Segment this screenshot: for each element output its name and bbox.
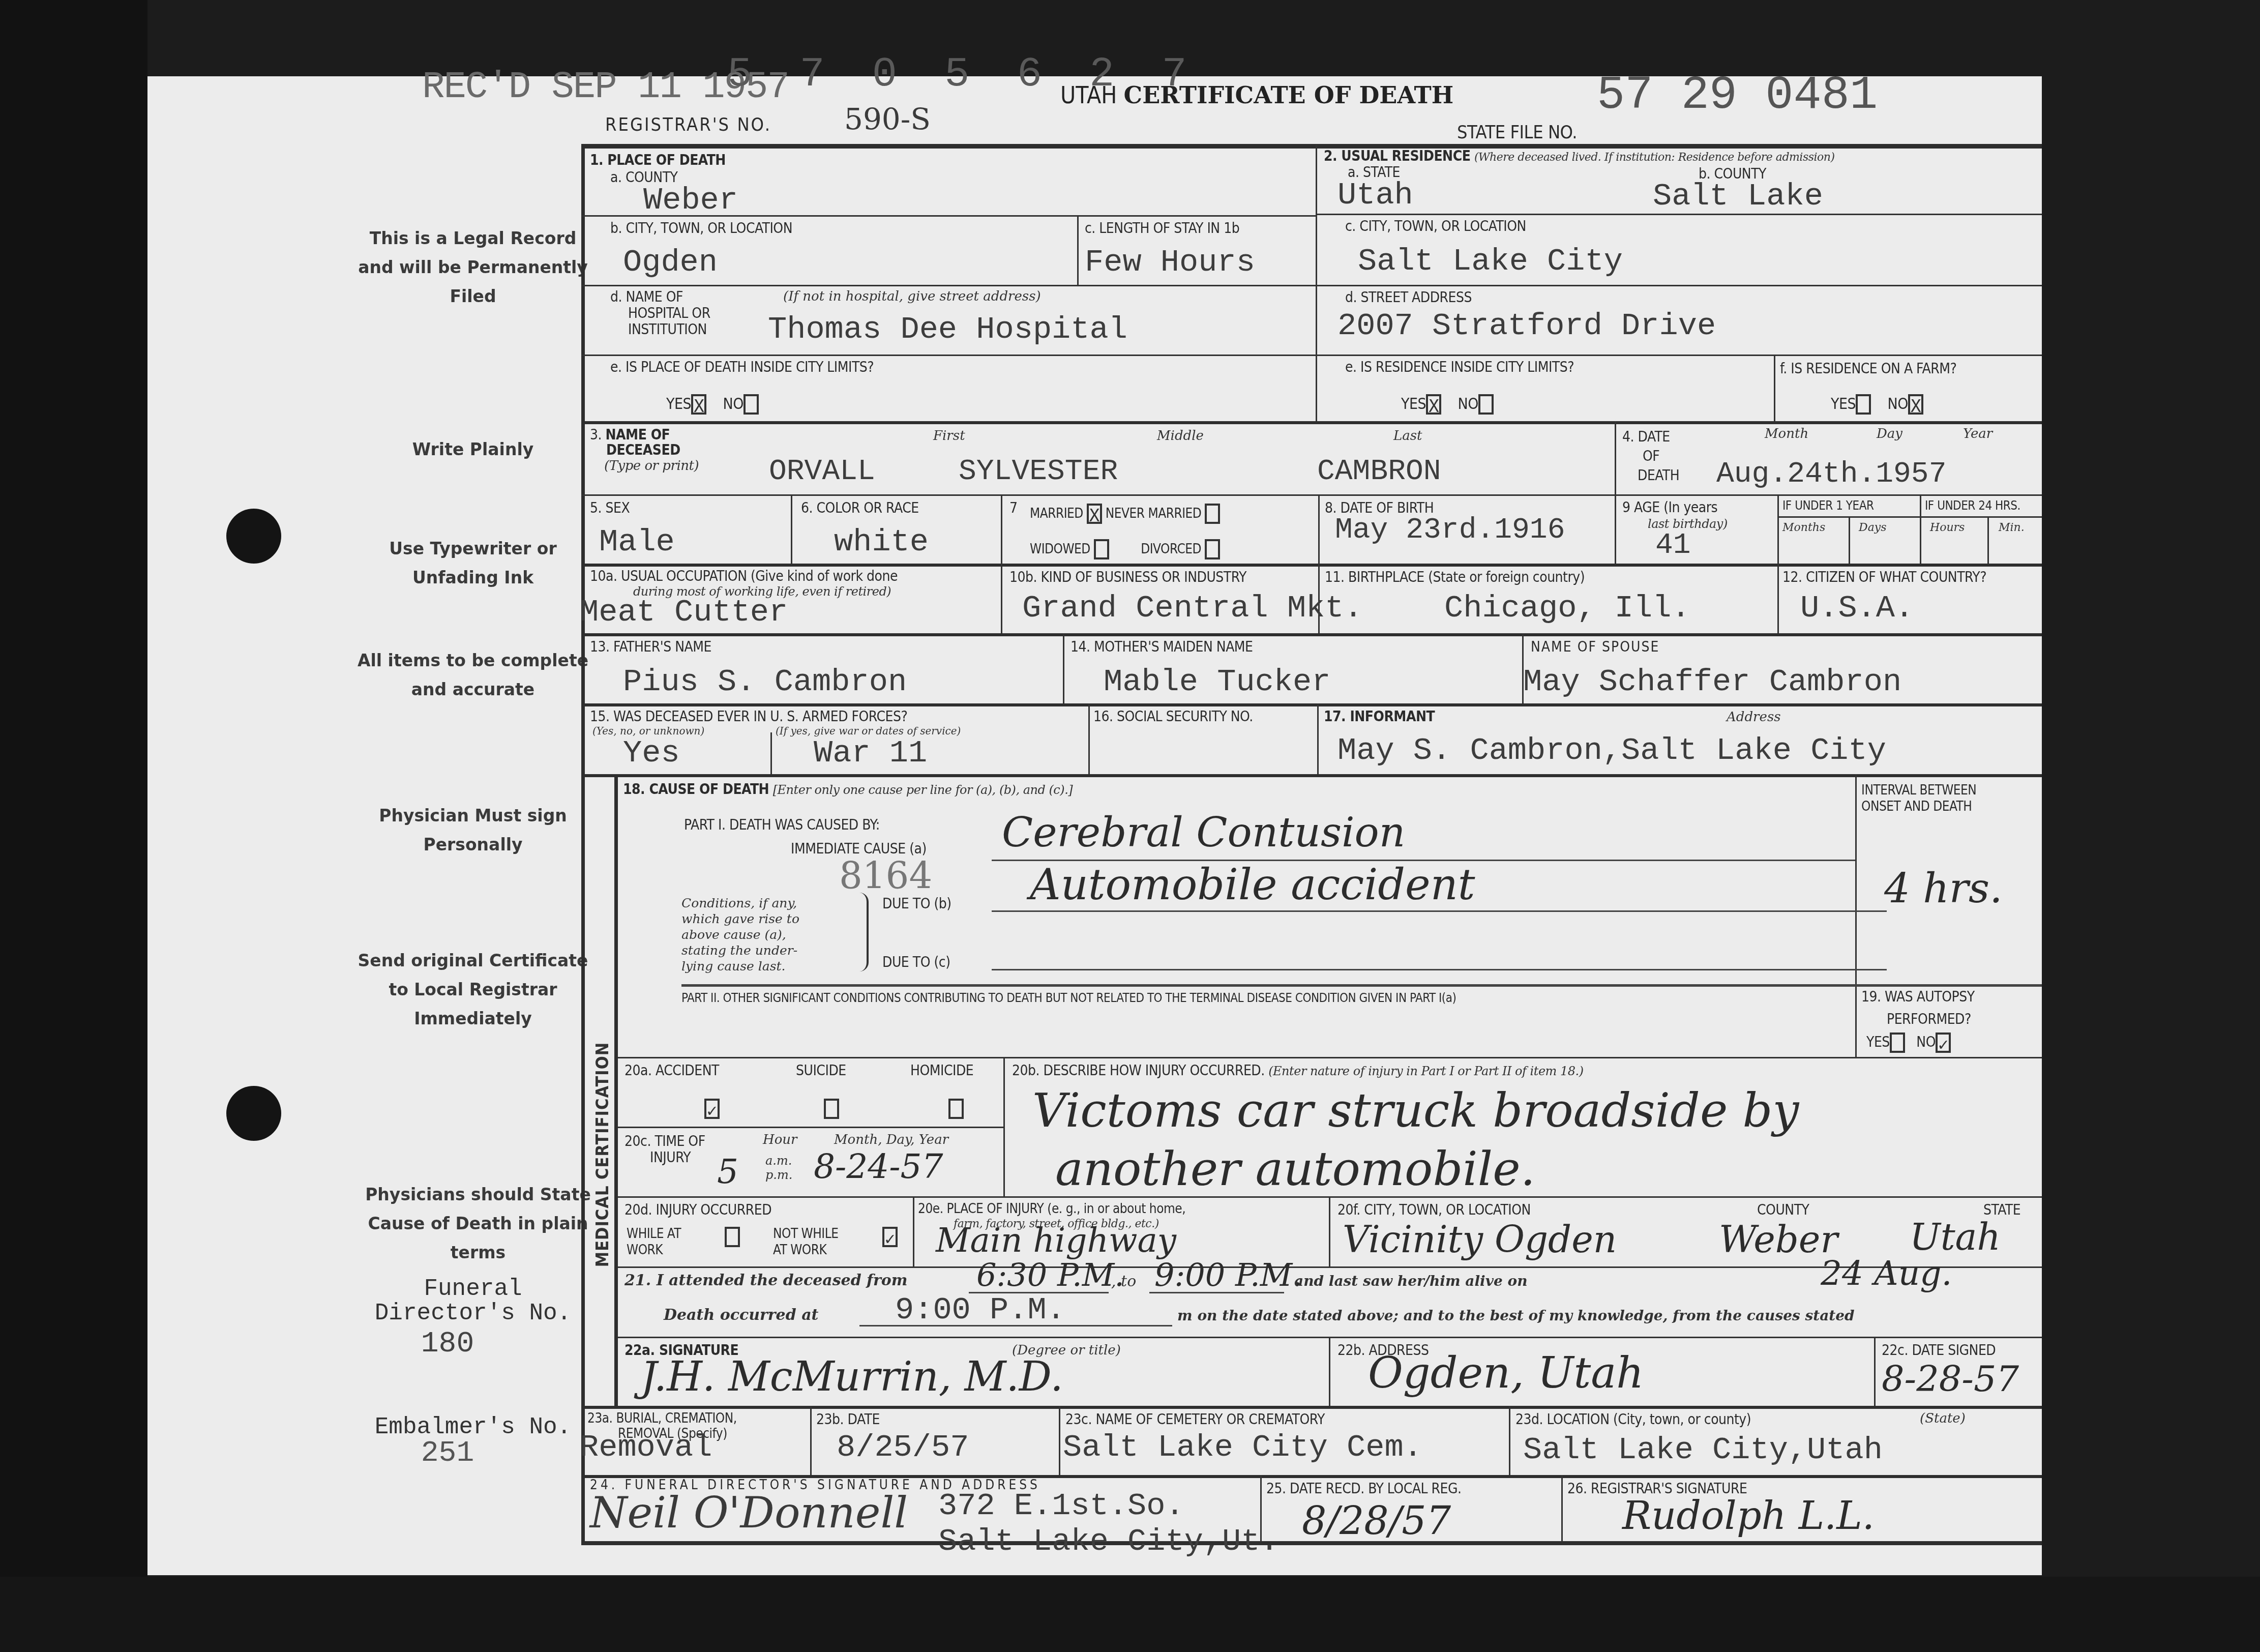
birthplace-label: 11. BIRTHPLACE (State or foreign country…: [1325, 569, 1585, 585]
race-value: white: [834, 524, 929, 560]
race-label: 6. COLOR OR RACE: [801, 499, 919, 516]
hour-label: Hour: [763, 1132, 797, 1147]
punch-hole-icon: [226, 1086, 281, 1141]
rule: [1001, 494, 1002, 633]
last-label: Last: [1393, 428, 1422, 444]
margin-note-physician-sign: Physician Must sign Personally: [356, 801, 590, 859]
inside-city-label: e. IS PLACE OF DEATH INSIDE CITY LIMITS?: [610, 359, 874, 375]
spouse-label: NAME OF SPOUSE: [1531, 638, 1659, 655]
under-24h-label: IF UNDER 24 HRS.: [1925, 498, 2020, 513]
rule: [1920, 494, 1921, 564]
funeral-address-line-1: 372 E.1st.So.: [938, 1488, 1184, 1524]
armed-forces-label: 15. WAS DECEASED EVER IN U. S. ARMED FOR…: [590, 708, 907, 725]
occupation-value: Meat Cutter: [580, 594, 788, 630]
describe-injury-line-1: Victoms car struck broadside by: [1032, 1083, 1799, 1138]
place-inside-city-yes-checkbox[interactable]: X: [691, 394, 706, 415]
cemetery-location-label: 23d. LOCATION (City, town, or county): [1515, 1411, 1751, 1428]
war-value: War 11: [814, 735, 927, 771]
rule: [581, 633, 2042, 636]
deceased-name-label: 3. NAME OF DECEASED (Type or print): [590, 427, 699, 474]
farm-checkboxes: YES NOX: [1831, 394, 1923, 415]
death-occurred-statement: m on the date stated above; and to the b…: [1177, 1307, 1855, 1324]
farm-yes-checkbox[interactable]: [1856, 394, 1871, 415]
part2-label: PART II. OTHER SIGNIFICANT CONDITIONS CO…: [681, 991, 1456, 1005]
year-label: Year: [1963, 426, 1993, 441]
days-label: Days: [1859, 521, 1886, 534]
res-inside-city-no-checkbox[interactable]: [1478, 394, 1494, 415]
homicide-checkbox[interactable]: [948, 1099, 964, 1119]
place-city-value: Ogden: [623, 244, 718, 280]
place-county-value: Weber: [643, 182, 738, 218]
rule: [913, 1196, 914, 1266]
medical-certification-label: MEDICAL CERTIFICATION: [585, 992, 620, 1317]
industry-label: 10b. KIND OF BUSINESS OR INDUSTRY: [1009, 569, 1246, 585]
injury-state-value: Utah: [1910, 1216, 2001, 1258]
first-name-value: ORVALL: [769, 455, 875, 488]
day-label: Day: [1877, 426, 1902, 441]
cemetery-value: Salt Lake City Cem.: [1063, 1429, 1422, 1465]
rule: [1509, 1406, 1510, 1475]
age-label: 9 AGE (In years last birthday): [1622, 499, 1728, 532]
usual-residence-heading: 2. USUAL RESIDENCE (Where deceased lived…: [1324, 147, 1835, 164]
rule: [1874, 1337, 1876, 1406]
interval-value: 4 hrs.: [1884, 865, 2003, 912]
part2-divider: [681, 984, 2042, 987]
farm-label: f. IS RESIDENCE ON A FARM?: [1780, 360, 1956, 377]
due-to-b-line: [992, 910, 1887, 912]
immediate-cause-value: Cerebral Contusion: [1002, 809, 1405, 856]
title-main: CERTIFICATE OF DEATH: [1124, 81, 1454, 109]
due-to-c-label: DUE TO (c): [882, 954, 950, 970]
spouse-value: May Schaffer Cambron: [1523, 664, 1901, 700]
autopsy-checkboxes: YES NO✓: [1866, 1032, 1951, 1053]
rule: [1987, 516, 1989, 564]
registrar-signature: Rudolph L.L.: [1622, 1493, 1875, 1538]
rule: [581, 774, 2042, 777]
injury-date-value: 8-24-57: [814, 1147, 943, 1186]
date-signed-value: 8-28-57: [1882, 1358, 2019, 1400]
sex-value: Male: [599, 524, 675, 560]
mdy-label: Month, Day, Year: [834, 1132, 948, 1147]
hospital-value: Thomas Dee Hospital: [768, 311, 1127, 347]
homicide-label: HOMICIDE: [910, 1062, 973, 1079]
months-label: Months: [1782, 521, 1825, 534]
not-while-at-work-label: NOT WHILEAT WORK: [773, 1226, 839, 1258]
physician-signature: J.H. McMurrin, M.D.: [641, 1353, 1063, 1400]
last-saw-value: 24 Aug.: [1821, 1254, 1952, 1293]
rule: [1317, 703, 1319, 774]
sex-label: 5. SEX: [590, 499, 630, 516]
rule: [810, 1406, 812, 1475]
rule: [581, 421, 2042, 424]
due-to-b-value: Automobile accident: [1030, 860, 1475, 909]
informant-value: May S. Cambron,Salt Lake City: [1337, 732, 1886, 769]
res-street-label: d. STREET ADDRESS: [1345, 289, 1472, 306]
first-label: First: [933, 428, 965, 444]
dob-value: May 23rd.1916: [1335, 514, 1565, 547]
father-label: 13. FATHER'S NAME: [590, 638, 711, 655]
rule: [1059, 1406, 1060, 1475]
marital-label-num: 7: [1009, 499, 1018, 516]
title-prefix: UTAH: [1060, 81, 1117, 109]
funeral-director-signature: Neil O'Donnell: [590, 1488, 908, 1538]
rule: [1316, 145, 1317, 421]
marital-bottom-row: WIDOWED DIVORCED: [1030, 539, 1220, 559]
marital-top-row: MARRIED X NEVER MARRIED: [1030, 504, 1220, 524]
rule: [1615, 421, 1616, 564]
funeral-address-line-2: Salt Lake City,Ut.: [938, 1523, 1279, 1559]
autopsy-yes-checkbox[interactable]: [1890, 1032, 1905, 1053]
attended-from-value: 6:30 P.M.: [976, 1256, 1124, 1293]
margin-note-complete: All items to be complete and accurate: [356, 646, 590, 704]
res-street-value: 2007 Stratford Drive: [1337, 308, 1716, 344]
res-city-label: c. CITY, TOWN, OR LOCATION: [1345, 218, 1526, 234]
never-married-checkbox[interactable]: [1205, 504, 1220, 524]
while-at-work-checkbox[interactable]: [725, 1227, 740, 1247]
res-inside-city-yes-checkbox[interactable]: X: [1426, 394, 1441, 415]
rule: [581, 703, 2042, 706]
while-at-work-label: WHILE ATWORK: [627, 1226, 681, 1258]
rule: [617, 1057, 2042, 1058]
injury-location-value: Vicinity Ogden: [1343, 1218, 1617, 1261]
suicide-checkbox[interactable]: [824, 1099, 839, 1119]
conditions-hint: Conditions, if any, which gave rise to a…: [681, 895, 799, 974]
funeral-director-no: 180: [356, 1327, 539, 1361]
res-state-value: Utah: [1337, 177, 1413, 213]
margin-note-write-plainly: Write Plainly: [356, 435, 590, 464]
part1-label: PART I. DEATH WAS CAUSED BY:: [684, 816, 880, 833]
accident-label: 20a. ACCIDENT: [625, 1062, 719, 1079]
age-value: 41: [1655, 529, 1691, 562]
am-pm-label: a.m.p.m.: [765, 1154, 792, 1182]
rule: [1855, 774, 1857, 1057]
rule: [581, 144, 2042, 147]
citizen-label: 12. CITIZEN OF WHAT COUNTRY?: [1782, 569, 1986, 585]
middle-label: Middle: [1157, 428, 1204, 444]
place-inside-city-no-checkbox[interactable]: [744, 394, 759, 415]
injury-hour-value: 5: [717, 1152, 738, 1191]
embalmer-no: 251: [356, 1437, 539, 1470]
rule: [1329, 1337, 1330, 1406]
death-occurred-value: 9:00 P.M.: [895, 1292, 1065, 1328]
farm-no-checkbox[interactable]: X: [1908, 394, 1923, 415]
accident-checkbox[interactable]: ✓: [704, 1099, 720, 1119]
rule: [581, 285, 2042, 286]
punch-hole-icon: [226, 509, 281, 564]
injury-location-label: 20f. CITY, TOWN, OR LOCATION: [1337, 1201, 1531, 1218]
disposition-date-value: 8/25/57: [837, 1429, 969, 1465]
describe-injury-line-2: another automobile.: [1055, 1142, 1535, 1196]
rule: [1774, 355, 1775, 421]
place-of-death-heading: 1. PLACE OF DEATH: [590, 152, 726, 168]
injury-county-value: Weber: [1719, 1218, 1838, 1261]
rule: [581, 355, 2042, 356]
margin-note-typewriter: Use Typewriter or Unfading Ink: [356, 534, 590, 592]
city-label: b. CITY, TOWN, OR LOCATION: [610, 220, 792, 237]
rule: [1849, 516, 1850, 564]
rule: [1088, 703, 1090, 774]
father-value: Pius S. Cambron: [623, 664, 907, 700]
res-inside-city-checkboxes: YESX NO: [1401, 394, 1494, 415]
divorced-checkbox[interactable]: [1205, 539, 1220, 559]
date-of-death-value: Aug.24th.1957: [1716, 458, 1946, 491]
rule: [770, 732, 772, 774]
min-label: Min.: [1999, 521, 2025, 534]
rule: [1777, 494, 1779, 633]
attended-label: 21. I attended the deceased from: [625, 1272, 908, 1289]
stay-value: Few Hours: [1085, 244, 1255, 280]
cemetery-state-label: (State): [1920, 1411, 1966, 1426]
rule: [1003, 1057, 1005, 1196]
document-title: UTAH CERTIFICATE OF DEATH: [1060, 81, 1453, 109]
rule: [581, 494, 2042, 496]
injury-occurred-label: 20d. INJURY OCCURRED: [625, 1201, 771, 1218]
rule: [581, 1406, 2042, 1409]
disposition-value: Removal: [580, 1429, 712, 1465]
describe-injury-label: 20b. DESCRIBE HOW INJURY OCCURRED. (Ente…: [1012, 1062, 1584, 1079]
last-name-value: CAMBRON: [1317, 455, 1441, 488]
hospital-label: d. NAME OF HOSPITAL OR INSTITUTION: [610, 289, 710, 338]
armed-forces-value: Yes: [623, 735, 680, 771]
widowed-checkbox[interactable]: [1094, 539, 1109, 559]
date-of-death-label: 4. DATE OF DEATH: [1622, 427, 1679, 485]
res-inside-city-label: e. IS RESIDENCE INSIDE CITY LIMITS?: [1345, 359, 1574, 375]
date-recd-value: 8/28/57: [1302, 1498, 1451, 1543]
middle-name-value: SYLVESTER: [959, 455, 1118, 488]
registrars-no-label: REGISTRAR'S NO.: [605, 114, 771, 135]
due-to-c-line: [992, 969, 1887, 970]
citizen-value: U.S.A.: [1800, 590, 1914, 626]
date-recd-label: 25. DATE RECD. BY LOCAL REG.: [1266, 1480, 1461, 1497]
conditions-bracket: [859, 893, 869, 971]
margin-note-send-original: Send original Certificate to Local Regis…: [356, 946, 590, 1033]
rule: [617, 1127, 1003, 1128]
cemetery-location-value: Salt Lake City,Utah: [1523, 1432, 1883, 1468]
due-to-b-label: DUE TO (b): [882, 895, 951, 912]
injury-county-label: COUNTY: [1757, 1201, 1809, 1218]
interval-label: INTERVAL BETWEEN ONSET AND DEATH: [1861, 782, 1976, 815]
attended-to-value: 9:00 P.M.: [1154, 1256, 1302, 1293]
registrars-no: 590-S: [844, 102, 931, 136]
time-of-injury-label: 20c. TIME OF INJURY: [625, 1133, 705, 1166]
state-file-no-label: STATE FILE NO.: [1457, 122, 1577, 143]
last-saw-label: and last saw her/him alive on: [1294, 1273, 1528, 1289]
margin-note-legal-record: This is a Legal Record and will be Perma…: [356, 224, 590, 311]
ssn-label: 16. SOCIAL SECURITY NO.: [1093, 708, 1253, 725]
birthplace-value: Chicago, Ill.: [1444, 590, 1690, 626]
inside-city-checkboxes: YESX NO: [666, 394, 759, 415]
rule: [1063, 633, 1064, 703]
rule: [581, 564, 2042, 567]
rule: [1561, 1475, 1563, 1542]
suicide-label: SUICIDE: [796, 1062, 846, 1079]
month-label: Month: [1765, 426, 1808, 441]
date-signed-label: 22c. DATE SIGNED: [1882, 1342, 1996, 1359]
state-file-no: 57 29 0481: [1597, 69, 1878, 122]
physician-address-value: Ogden, Utah: [1368, 1348, 1644, 1398]
cause-of-death-heading: 18. CAUSE OF DEATH [Enter only one cause…: [623, 781, 1073, 798]
rule: [1329, 1196, 1330, 1266]
not-while-at-work-checkbox[interactable]: ✓: [882, 1227, 898, 1247]
scan-background-bottom: [0, 1577, 2260, 1652]
res-county-value: Salt Lake: [1653, 178, 1823, 214]
rule: [1077, 215, 1079, 285]
margin-note-cause-plain: Physicians should State Cause of Death i…: [351, 1180, 605, 1267]
hours-label: Hours: [1930, 521, 1965, 534]
res-city-value: Salt Lake City: [1358, 243, 1623, 279]
rule: [1777, 516, 2042, 518]
scan-background-left: [0, 0, 147, 1652]
stay-label: c. LENGTH OF STAY IN 1b: [1085, 220, 1239, 237]
married-checkbox[interactable]: X: [1087, 504, 1102, 524]
autopsy-no-checkbox[interactable]: ✓: [1936, 1032, 1951, 1053]
attended-to-label: , to: [1111, 1273, 1136, 1290]
rule: [791, 494, 792, 564]
funeral-director-no-label: Funeral Director's No.: [356, 1277, 590, 1325]
mother-label: 14. MOTHER'S MAIDEN NAME: [1070, 638, 1253, 655]
industry-value: Grand Central Mkt.: [1022, 590, 1363, 626]
mother-value: Mable Tucker: [1104, 664, 1330, 700]
informant-label: 17. INFORMANT: [1324, 708, 1435, 725]
informant-address-label: Address: [1727, 710, 1781, 725]
autopsy-label: 19. WAS AUTOPSY PERFORMED?: [1861, 986, 1975, 1030]
death-occurred-label: Death occurred at: [664, 1306, 818, 1324]
cemetery-label: 23c. NAME OF CEMETERY OR CREMATORY: [1065, 1411, 1325, 1428]
disposition-date-label: 23b. DATE: [816, 1411, 880, 1428]
hospital-hint: (If not in hospital, give street address…: [783, 289, 1041, 304]
place-of-injury-value: Main highway: [936, 1221, 1176, 1260]
under-1yr-label: IF UNDER 1 YEAR: [1782, 498, 1874, 513]
cause-code-annotation: 8164: [839, 854, 932, 897]
